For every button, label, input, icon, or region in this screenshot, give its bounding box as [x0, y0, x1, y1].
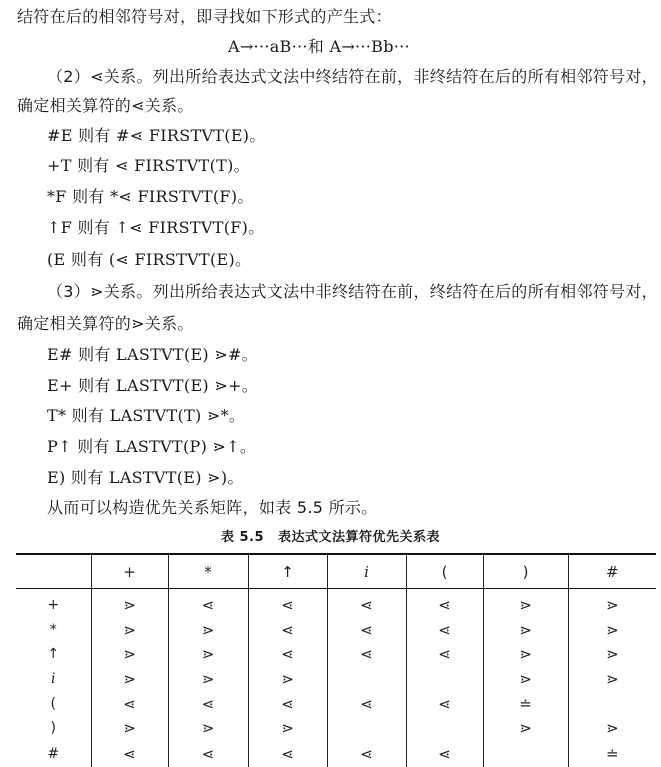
column-header: ↑	[248, 554, 327, 589]
section-2-continuation: 确定相关算符的⋖关系。	[17, 96, 194, 116]
section-3-continuation: 确定相关算符的⋗关系。	[17, 314, 194, 334]
column-header: (	[406, 554, 483, 589]
relation-cell: ⋗	[168, 716, 248, 741]
rule-firstvt-plus: +T 则有 ⋖ FIRSTVT(T)。	[47, 156, 250, 176]
relation-cell: ⋖	[248, 691, 327, 716]
relation-cell: ⋗	[91, 618, 168, 643]
corner-cell	[16, 554, 91, 589]
column-header: i	[327, 554, 406, 589]
relation-cell: ⋗	[168, 667, 248, 692]
table-row: + ⋗ ⋖ ⋖ ⋖ ⋖ ⋗ ⋗	[16, 589, 656, 618]
relation-cell: ⋖	[248, 618, 327, 643]
column-header: +	[91, 554, 168, 589]
matrix-intro: 从而可以构造优先关系矩阵，如表 5.5 所示。	[47, 498, 378, 518]
rule-firstvt-up: ↑F 则有 ↑⋖ FIRSTVT(F)。	[47, 218, 265, 238]
row-header: (	[16, 691, 91, 716]
rule-lastvt-star: T* 则有 LASTVT(T) ⋗*。	[47, 406, 245, 426]
table-row: * ⋗ ⋗ ⋖ ⋖ ⋖ ⋗ ⋗	[16, 618, 656, 643]
relation-cell: ⋗	[91, 716, 168, 741]
table-caption-number: 表 5.5	[221, 530, 264, 545]
relation-cell: ⋗	[168, 618, 248, 643]
rule-firstvt-hash: #E 则有 #⋖ FIRSTVT(E)。	[47, 126, 266, 146]
relation-cell: ⋗	[91, 642, 168, 667]
row-header: )	[16, 716, 91, 741]
relation-cell: ⋗	[483, 716, 568, 741]
relation-cell	[327, 667, 406, 692]
table-row: i ⋗ ⋗ ⋗ ⋗ ⋗	[16, 667, 656, 692]
rule-lastvt-hash: E# 则有 LASTVT(E) ⋗#。	[47, 345, 258, 365]
table-row: ( ⋖ ⋖ ⋖ ⋖ ⋖ ≐	[16, 691, 656, 716]
relation-cell: ⋗	[91, 667, 168, 692]
column-header: )	[483, 554, 568, 589]
rule-lastvt-up: P↑ 则有 LASTVT(P) ⋗↑。	[47, 437, 256, 457]
relation-cell: ≐	[568, 741, 656, 767]
relation-cell	[406, 716, 483, 741]
table-caption-title: 表达式文法算符优先关系表	[278, 530, 440, 545]
rule-lastvt-plus: E+ 则有 LASTVT(E) ⋗+。	[47, 376, 258, 396]
row-header: ↑	[16, 642, 91, 667]
section-3-heading: （3）⋗关系。列出所给表达式文法中非终结符在前，终结符在后的所有相邻符号对，	[47, 282, 658, 302]
relation-cell: ⋖	[406, 741, 483, 767]
paragraph-continuation: 结符在后的相邻符号对，即寻找如下形式的产生式：	[17, 7, 392, 27]
row-header: i	[16, 667, 91, 692]
row-header: *	[16, 618, 91, 643]
relation-cell: ⋗	[568, 618, 656, 643]
relation-cell: ⋗	[483, 589, 568, 618]
relation-cell	[406, 667, 483, 692]
section-2-heading: （2）⋖关系。列出所给表达式文法中终结符在前，非终结符在后的所有相邻符号对，	[47, 67, 658, 87]
relation-cell: ⋖	[91, 741, 168, 767]
relation-cell: ⋗	[168, 642, 248, 667]
rule-firstvt-paren: (E 则有 (⋖ FIRSTVT(E)。	[47, 250, 251, 270]
table-row: # ⋖ ⋖ ⋖ ⋖ ⋖ ≐	[16, 741, 656, 767]
relation-cell: ⋖	[248, 589, 327, 618]
table-caption: 表 5.5表达式文法算符优先关系表	[0, 526, 661, 545]
relation-cell: ⋗	[483, 642, 568, 667]
relation-cell: ⋖	[168, 589, 248, 618]
column-header: #	[568, 554, 656, 589]
production-formula: A→···aB···和 A→···Bb···	[228, 37, 410, 57]
column-header: *	[168, 554, 248, 589]
relation-cell: ⋗	[483, 667, 568, 692]
relation-cell: ⋗	[248, 716, 327, 741]
relation-cell: ⋖	[248, 741, 327, 767]
relation-cell: ⋖	[327, 642, 406, 667]
relation-cell: ⋗	[248, 667, 327, 692]
table-row: ↑ ⋗ ⋗ ⋖ ⋖ ⋖ ⋗ ⋗	[16, 642, 656, 667]
relation-cell: ≐	[483, 691, 568, 716]
relation-cell	[568, 691, 656, 716]
relation-cell: ⋖	[406, 642, 483, 667]
relation-cell: ⋗	[483, 618, 568, 643]
relation-cell: ⋖	[406, 691, 483, 716]
relation-cell: ⋖	[327, 618, 406, 643]
relation-cell: ⋗	[91, 589, 168, 618]
row-header: +	[16, 589, 91, 618]
rule-lastvt-paren: E) 则有 LASTVT(E) ⋗)。	[47, 468, 244, 488]
relation-cell: ⋖	[168, 691, 248, 716]
relation-cell: ⋖	[327, 589, 406, 618]
relation-cell: ⋗	[568, 667, 656, 692]
relation-cell: ⋖	[168, 741, 248, 767]
relation-cell: ⋖	[327, 691, 406, 716]
table-header-row: + * ↑ i ( ) #	[16, 554, 656, 589]
row-header: #	[16, 741, 91, 767]
rule-firstvt-star: *F 则有 *⋖ FIRSTVT(F)。	[47, 187, 254, 207]
relation-cell: ⋗	[568, 642, 656, 667]
relation-cell	[483, 741, 568, 767]
table-row: ) ⋗ ⋗ ⋗ ⋗ ⋗	[16, 716, 656, 741]
relation-cell	[327, 716, 406, 741]
relation-cell: ⋖	[91, 691, 168, 716]
relation-cell: ⋖	[406, 618, 483, 643]
relation-cell: ⋖	[248, 642, 327, 667]
relation-cell: ⋗	[568, 589, 656, 618]
relation-cell: ⋖	[327, 741, 406, 767]
relation-cell: ⋖	[406, 589, 483, 618]
relation-cell: ⋗	[568, 716, 656, 741]
precedence-table: + * ↑ i ( ) # + ⋗ ⋖ ⋖ ⋖ ⋖ ⋗ ⋗ * ⋗ ⋗ ⋖ ⋖ …	[16, 553, 656, 767]
